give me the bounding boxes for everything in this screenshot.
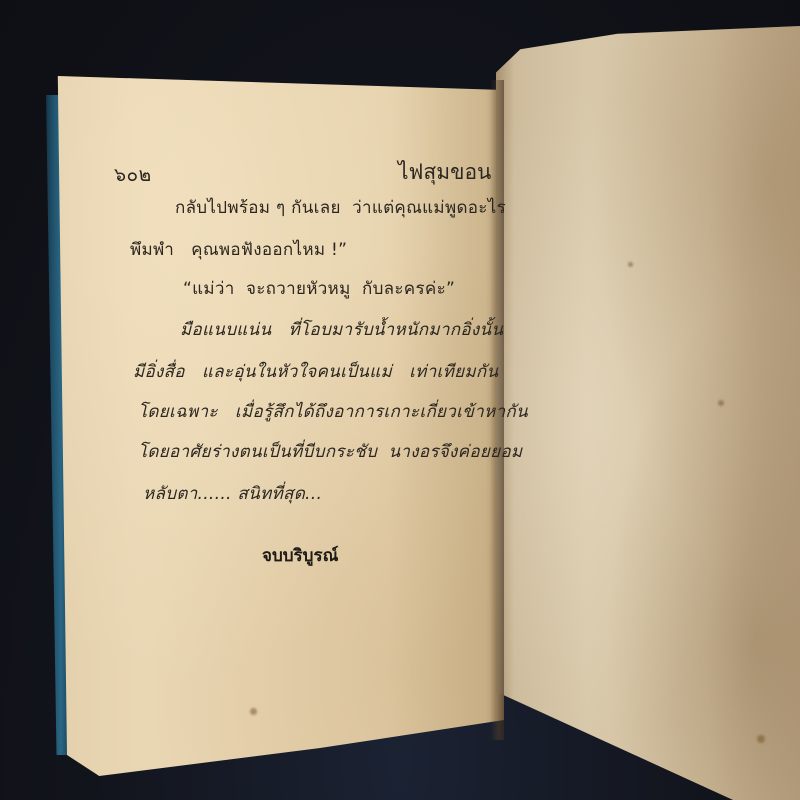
page-text-block: ๖๐๒ ไฟสุมขอน กลับไปพร้อม ๆ กันเลย ว่าแต่…	[0, 0, 800, 800]
running-title: ไฟสุมขอน	[398, 156, 491, 189]
text-line: หลับตา...... สนิทที่สุด...	[143, 480, 322, 507]
closing-the-end: จบบริบูรณ์	[262, 542, 338, 569]
text-line: มือแนบแน่น ที่โอบมารับน้ำหนักมากอิ่งนั้น	[180, 316, 503, 343]
text-line: กลับไปพร้อม ๆ กันเลย ว่าแต่คุณแม่พูดอะไร	[175, 194, 506, 221]
text-line: พึมพำ คุณพอฟังออกไหม !”	[130, 236, 347, 263]
text-line: มีอิ่งสื่อ และอุ่นในหัวใจคนเป็นแม่ เท่าเ…	[133, 358, 498, 385]
text-line: โดยเฉพาะ เมื่อรู้สึกได้ถึงอาการเกาะเกี่ย…	[138, 398, 528, 425]
page-number: ๖๐๒	[114, 160, 152, 190]
text-line: โดยอาศัยร่างตนเป็นที่บีบกระชับ นางอรจึงค…	[138, 438, 522, 465]
text-line: “แม่ว่า จะถวายหัวหมู กับละครค่ะ”	[183, 275, 455, 302]
